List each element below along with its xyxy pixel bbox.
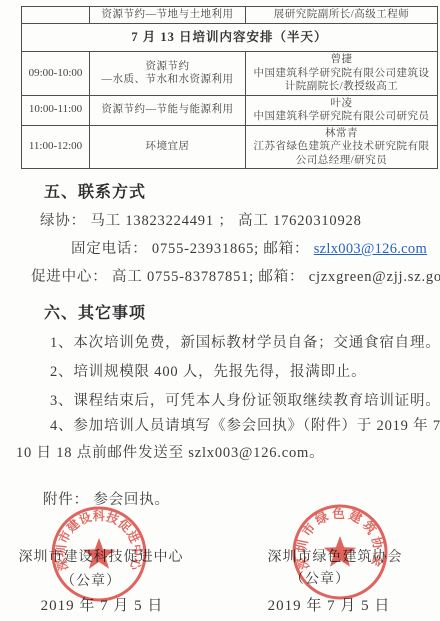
time-cell: 09:00-10:00 — [22, 52, 90, 96]
speaker-title: 江苏省绿色建筑产业技术研究院有限公司总经理/研究员 — [249, 140, 434, 167]
other-items-section-heading: 六、其它事项 — [44, 300, 146, 323]
table-day-header-row: 7 月 13 日培训内容安排（半天） — [22, 24, 438, 52]
day-header-cell: 7 月 13 日培训内容安排（半天） — [22, 24, 438, 52]
other-item-2: 2、培训规模限 400 人，先报先得，报满即止。 — [50, 360, 366, 381]
speaker-title: 中国建筑科学研究院有限公司研究员 — [249, 110, 434, 124]
time-cell-empty — [22, 7, 90, 24]
topic-line: —水质、节水和水资源利用 — [93, 73, 242, 87]
speaker-cell: 展研究院副所长/高级工程师 — [246, 7, 438, 24]
speaker-cell: 曾捷 中国建筑科学研究院有限公司建筑设计院副院长/教授级高工 — [246, 52, 438, 96]
right-signature-org: 深圳市绿色建筑协会 — [268, 546, 403, 566]
left-signature-date: 2019 年 7 月 5 日 — [41, 594, 164, 615]
left-signature-seal-note: （公章） — [61, 570, 121, 590]
topic-cell: 资源节约 —水质、节水和水资源利用 — [90, 52, 246, 96]
green-association-contact-line: 绿协： 马工 13823224491 ； 高工 17620310928 — [40, 209, 362, 230]
other-item-3: 3、课程结束后，可凭本人身份证领取继续教育培训证明。 — [50, 389, 440, 410]
document-page: 资源节约—节地与土地利用 展研究院副所长/高级工程师 7 月 13 日培训内容安… — [0, 0, 440, 621]
time-cell: 11:00-12:00 — [22, 125, 90, 169]
attachment-line: 附件： 参会回执。 — [43, 488, 170, 509]
left-signature-org: 深圳市建设科技促进中心 — [19, 546, 184, 566]
time-cell: 10:00-11:00 — [22, 95, 90, 125]
speaker-name: 叶凌 — [249, 97, 434, 111]
topic-line: 资源节约 — [93, 60, 242, 74]
speaker-name: 林常青 — [249, 127, 434, 141]
table-row-carryover: 资源节约—节地与土地利用 展研究院副所长/高级工程师 — [22, 7, 438, 24]
speaker-name: 曾捷 — [249, 53, 434, 67]
other-item-4-line2: 10 日 18 点前邮件发送至 szlx003@126.com。 — [16, 441, 324, 462]
other-item-4-line1: 4、参加培训人员请填写《参会回执》（附件）于 2019 年 7 月 — [50, 414, 440, 435]
landline-contact-prefix: 固定电话： 0755-23931865; 邮箱： — [71, 241, 314, 257]
landline-contact-line: 固定电话： 0755-23931865; 邮箱： szlx003@126.com — [71, 237, 427, 258]
topic-cell: 资源节约—节地与土地利用 — [90, 7, 246, 24]
topic-cell: 环境宜居 — [90, 125, 246, 169]
topic-cell: 资源节约—节能与能源利用 — [90, 95, 246, 125]
table-row: 09:00-10:00 资源节约 —水质、节水和水资源利用 曾捷 中国建筑科学研… — [22, 52, 438, 96]
email-link[interactable]: szlx003@126.com — [314, 241, 427, 257]
speaker-cell: 叶凌 中国建筑科学研究院有限公司研究员 — [246, 95, 438, 125]
promotion-center-contact-line: 促进中心： 高工 0755-83787851; 邮箱： cjzxgreen@zj… — [31, 265, 440, 286]
speaker-title: 中国建筑科学研究院有限公司建筑设计院副院长/教授级高工 — [249, 67, 434, 94]
table-row: 10:00-11:00 资源节约—节能与能源利用 叶凌 中国建筑科学研究院有限公… — [22, 95, 438, 125]
speaker-cell: 林常青 江苏省绿色建筑产业技术研究院有限公司总经理/研究员 — [246, 125, 438, 169]
right-signature-date: 2019 年 7 月 5 日 — [268, 594, 391, 615]
training-schedule-table: 资源节约—节地与土地利用 展研究院副所长/高级工程师 7 月 13 日培训内容安… — [21, 6, 438, 169]
other-item-1: 1、本次培训免费，新国标教材学员自备；交通食宿自理。 — [50, 331, 440, 352]
right-signature-seal-note: （公章） — [290, 568, 350, 588]
contact-section-heading: 五、联系方式 — [44, 179, 146, 202]
table-row: 11:00-12:00 环境宜居 林常青 江苏省绿色建筑产业技术研究院有限公司总… — [22, 125, 438, 169]
